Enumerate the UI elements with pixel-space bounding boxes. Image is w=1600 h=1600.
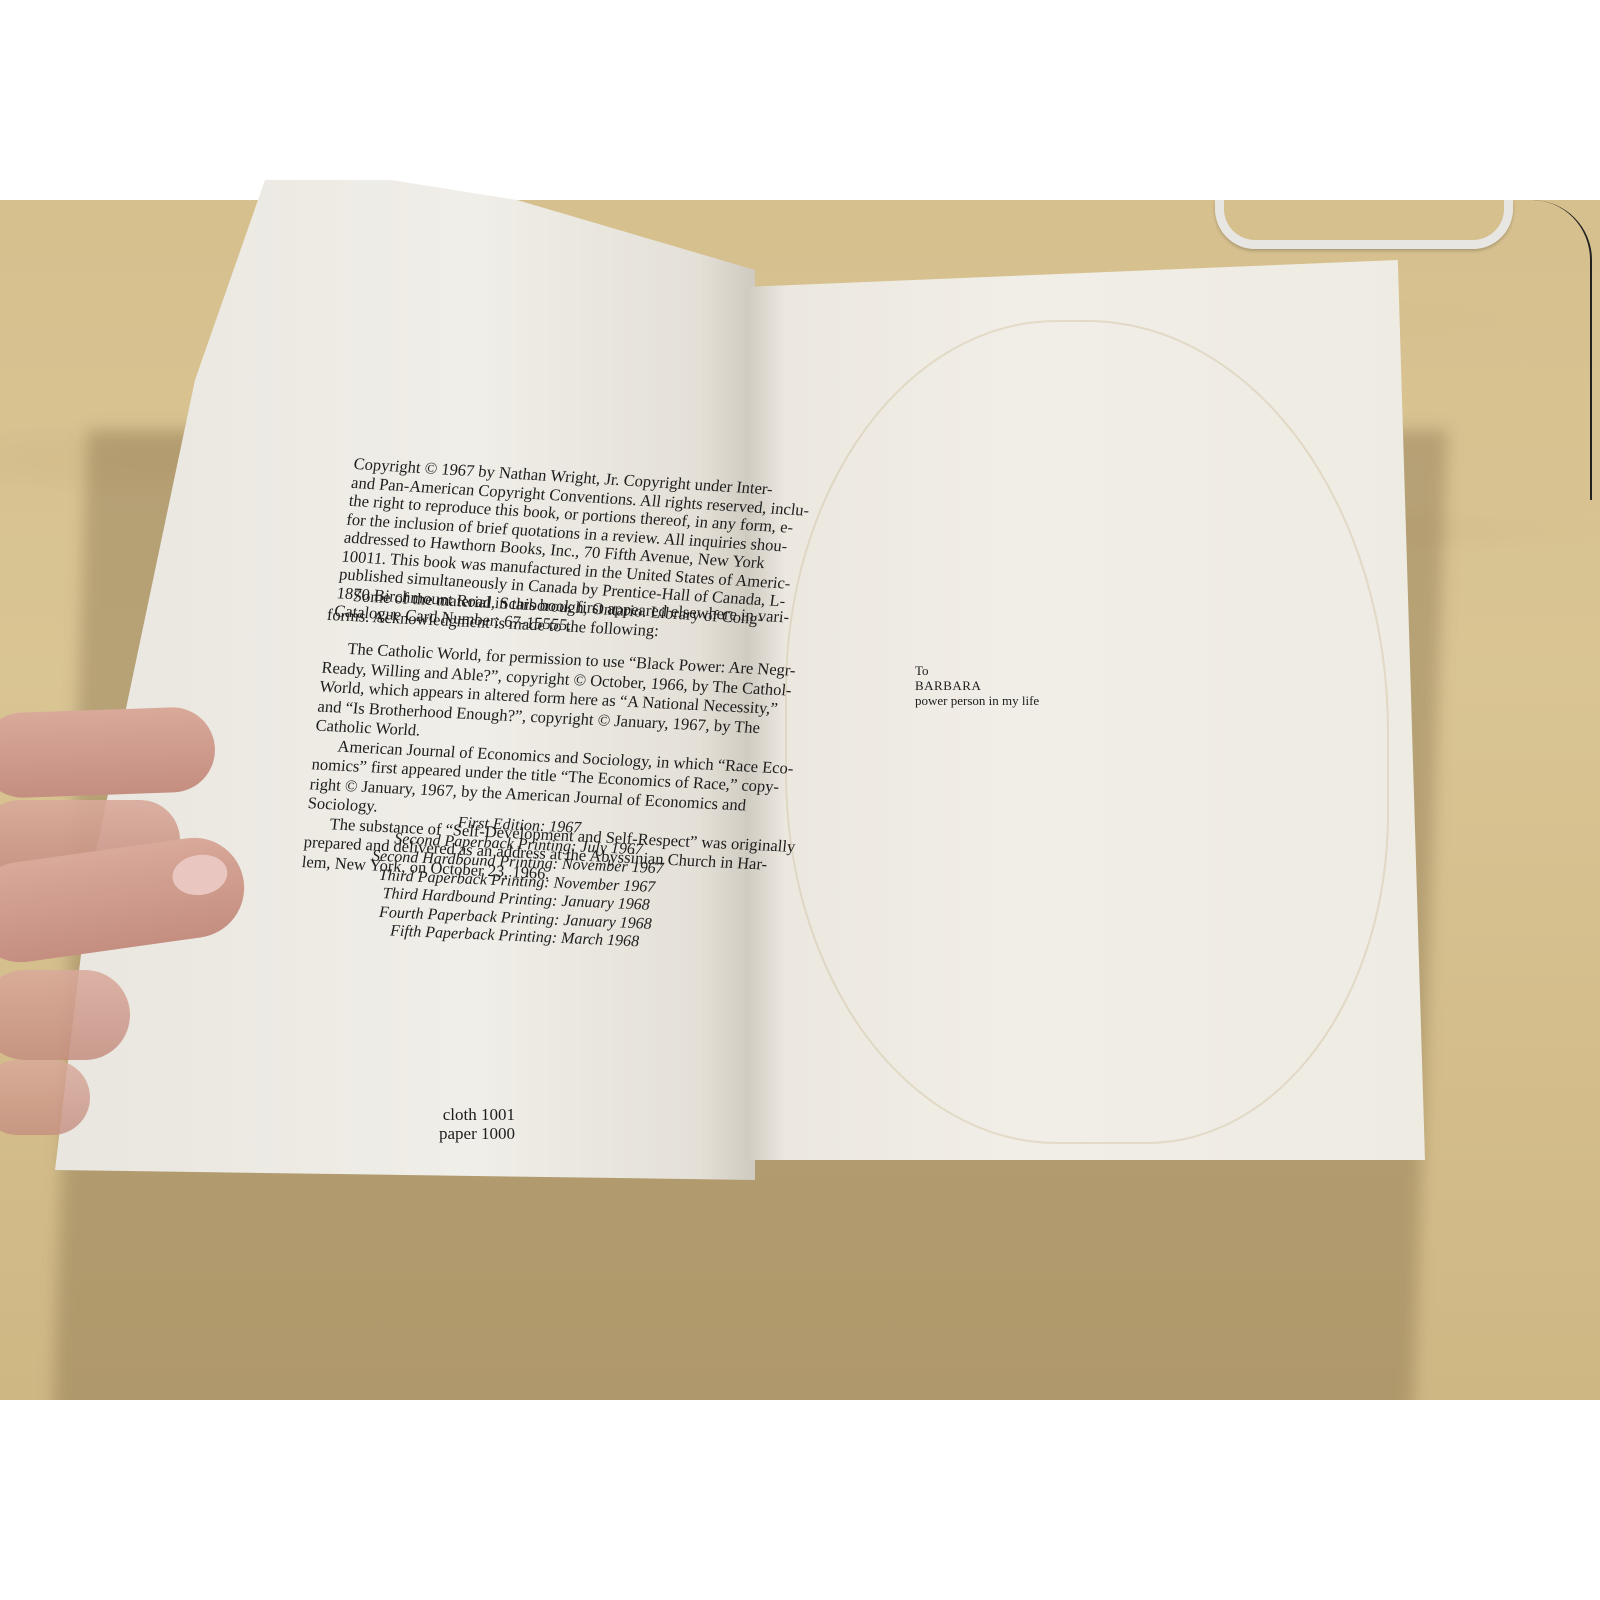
right-page [745,260,1425,1160]
thumbnail [170,851,230,898]
black-cable [1500,200,1592,500]
printing-history: First Edition: 1967 Second Paperback Pri… [354,810,679,953]
dedication-name: BARBARA [915,678,1039,693]
index-finger [0,706,216,799]
catalog-numbers: cloth 1001 paper 1000 [415,1105,515,1143]
catalog-paper: paper 1000 [415,1124,515,1143]
water-stain [785,320,1389,1144]
dedication-to: To [915,663,1039,678]
dedication-line: power person in my life [915,693,1039,708]
dedication: To BARBARA power person in my life [915,663,1039,708]
white-cord [1215,200,1513,249]
hand [0,700,250,1140]
ring-finger [0,970,130,1060]
little-finger [0,1060,90,1135]
catalog-cloth: cloth 1001 [415,1105,515,1124]
